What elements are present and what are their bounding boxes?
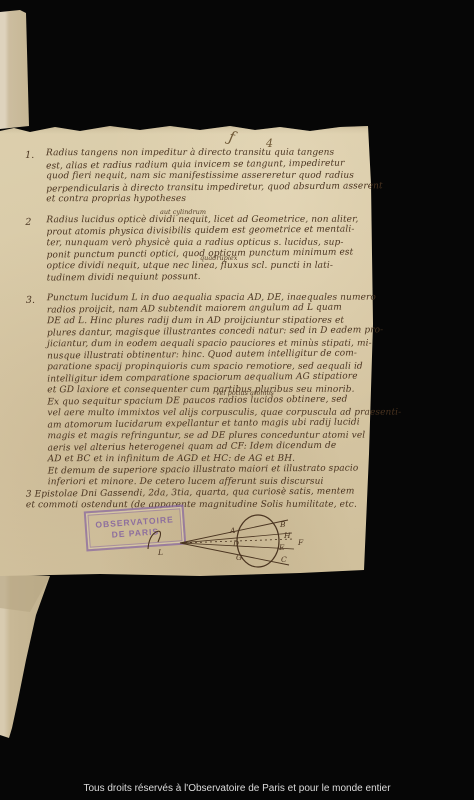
manuscript-item: 2Radius lucidus opticè dividi nequit, li… [21, 214, 371, 285]
interlinear-note: quadruplex [200, 254, 237, 262]
diagram-label-F: F [297, 538, 304, 547]
manuscript-items: 1.Radius tangens non impeditur à directo… [21, 147, 373, 512]
manuscript-text: 1.Radius tangens non impeditur à directo… [21, 147, 373, 521]
interlinear-note: vel potius atomos [216, 389, 274, 397]
diagram-apex-label: L [157, 548, 163, 557]
interlinear-note: aut cylindrum [160, 208, 206, 216]
diagram-label-D: D [232, 539, 239, 548]
diagram-label-H: H [283, 531, 291, 540]
diagram-label-C: C [281, 555, 287, 564]
apex-flourish [148, 531, 161, 549]
diagram-label-A: A [229, 526, 236, 535]
copyright-footer: Tous droits réservés à l'Observatoire de… [0, 783, 474, 794]
manuscript-line: tudinem dividi nequiunt possunt. [47, 270, 372, 285]
manuscript-line: et contra proprias hypotheses [46, 194, 371, 206]
diagram-label-G: G [236, 553, 242, 562]
adjacent-page-edge-top [0, 10, 29, 129]
diagram-label-B: B [279, 520, 286, 529]
item-number: 3. [26, 294, 35, 305]
manuscript-item: 1.Radius tangens non impeditur à directo… [21, 147, 371, 206]
optical-diagram: L A D G B H E C F [138, 503, 323, 583]
item-number: 2 [25, 216, 31, 227]
ray-diagram-svg: L A D G B H E C F [138, 503, 323, 583]
manuscript-item: 3.Punctum lucidum L in duo aequalia spac… [22, 292, 373, 512]
diagram-label-E: E [278, 543, 285, 552]
item-number: 1. [25, 150, 34, 161]
